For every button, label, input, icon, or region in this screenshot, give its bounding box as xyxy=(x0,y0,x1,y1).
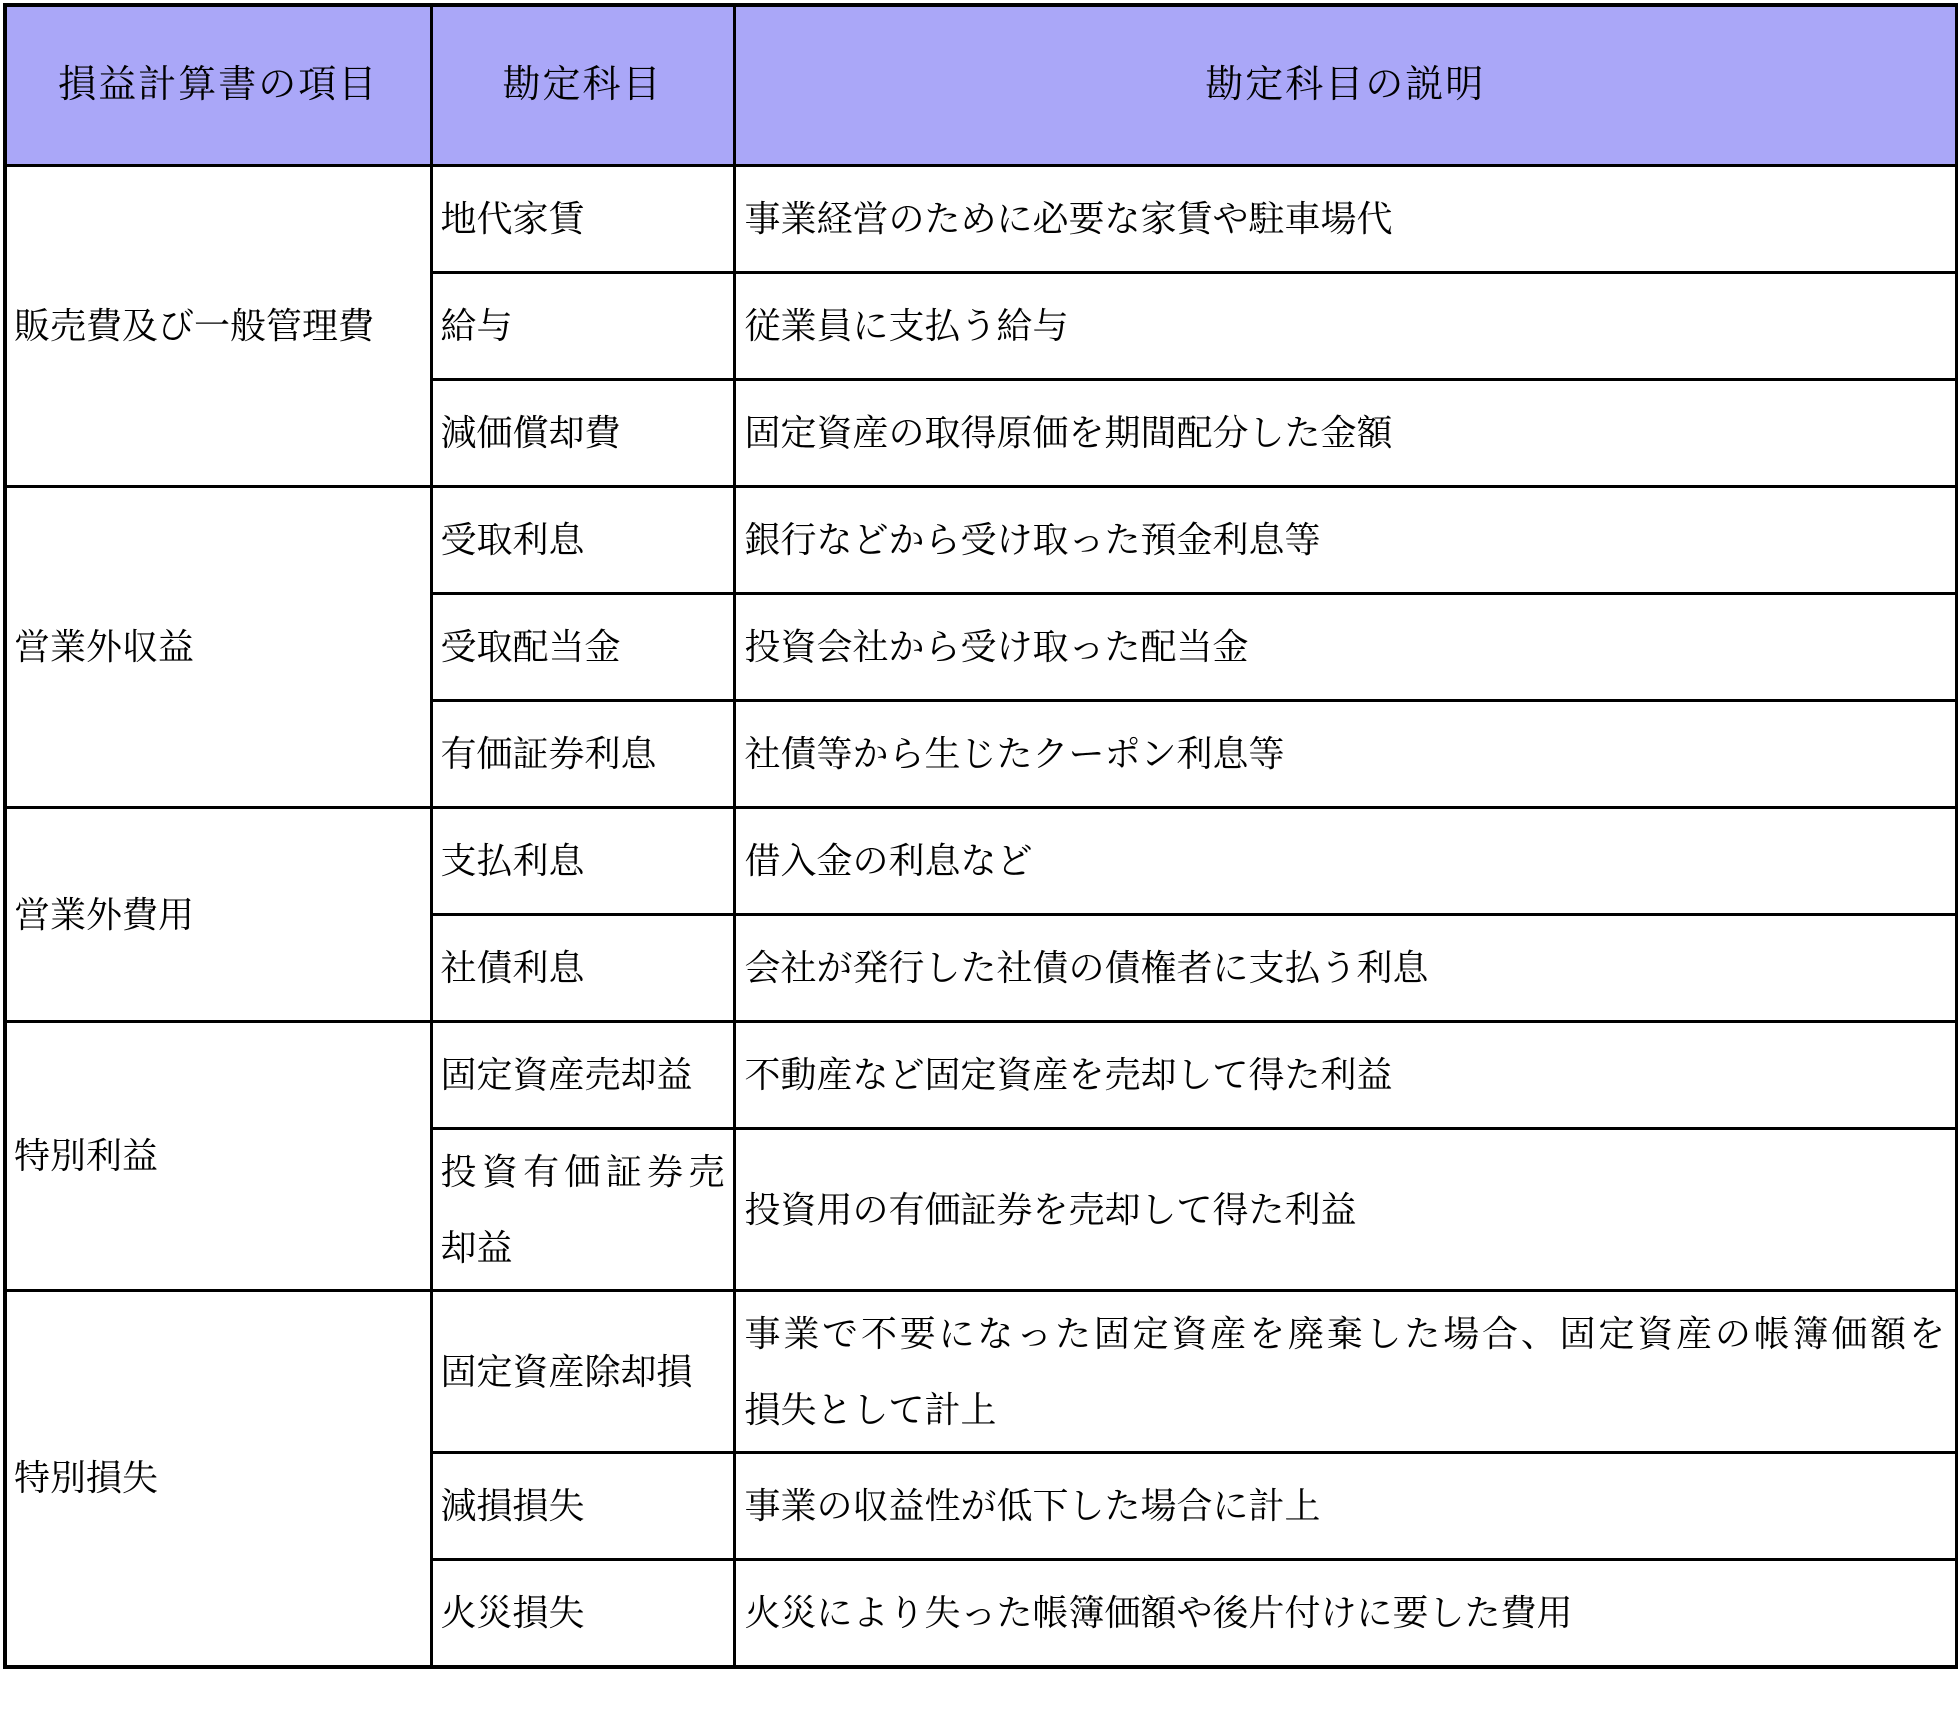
table-row: 営業外費用 支払利息 借入金の利息など xyxy=(5,808,1957,915)
description-cell: 会社が発行した社債の債権者に支払う利息 xyxy=(734,915,1957,1022)
description-cell: 不動産など固定資産を売却して得た利益 xyxy=(734,1022,1957,1129)
description-cell: 投資会社から受け取った配当金 xyxy=(734,594,1957,701)
category-cell: 販売費及び一般管理費 xyxy=(5,166,431,487)
account-cell: 受取配当金 xyxy=(431,594,734,701)
description-cell: 社債等から生じたクーポン利息等 xyxy=(734,701,1957,808)
description-cell: 事業経営のために必要な家賃や駐車場代 xyxy=(734,166,1957,273)
description-cell: 事業で不要になった固定資産を廃棄した場合、固定資産の帳簿価額を損失として計上 xyxy=(734,1291,1957,1453)
table-row: 特別損失 固定資産除却損 事業で不要になった固定資産を廃棄した場合、固定資産の帳… xyxy=(5,1291,1957,1453)
description-cell: 借入金の利息など xyxy=(734,808,1957,915)
description-cell: 固定資産の取得原価を期間配分した金額 xyxy=(734,380,1957,487)
account-cell: 投資有価証券売却益 xyxy=(431,1129,734,1291)
header-cell-description: 勘定科目の説明 xyxy=(734,5,1957,166)
description-cell: 事業の収益性が低下した場合に計上 xyxy=(734,1453,1957,1560)
account-cell: 有価証券利息 xyxy=(431,701,734,808)
account-cell: 社債利息 xyxy=(431,915,734,1022)
header-cell-account: 勘定科目 xyxy=(431,5,734,166)
description-cell: 銀行などから受け取った預金利息等 xyxy=(734,487,1957,594)
header-row: 損益計算書の項目 勘定科目 勘定科目の説明 xyxy=(5,5,1957,166)
table-row: 営業外収益 受取利息 銀行などから受け取った預金利息等 xyxy=(5,487,1957,594)
account-cell: 減価償却費 xyxy=(431,380,734,487)
account-cell: 火災損失 xyxy=(431,1560,734,1667)
page: 損益計算書の項目 勘定科目 勘定科目の説明 販売費及び一般管理費 地代家賃 事業… xyxy=(0,0,1958,1672)
account-cell: 固定資産売却益 xyxy=(431,1022,734,1129)
account-cell: 地代家賃 xyxy=(431,166,734,273)
category-cell: 営業外費用 xyxy=(5,808,431,1022)
description-cell: 投資用の有価証券を売却して得た利益 xyxy=(734,1129,1957,1291)
category-cell: 営業外収益 xyxy=(5,487,431,808)
account-cell: 支払利息 xyxy=(431,808,734,915)
account-cell: 固定資産除却損 xyxy=(431,1291,734,1453)
pl-account-table: 損益計算書の項目 勘定科目 勘定科目の説明 販売費及び一般管理費 地代家賃 事業… xyxy=(3,3,1958,1669)
category-cell: 特別損失 xyxy=(5,1291,431,1667)
account-cell: 減損損失 xyxy=(431,1453,734,1560)
table-row: 販売費及び一般管理費 地代家賃 事業経営のために必要な家賃や駐車場代 xyxy=(5,166,1957,273)
table-row: 特別利益 固定資産売却益 不動産など固定資産を売却して得た利益 xyxy=(5,1022,1957,1129)
category-cell: 特別利益 xyxy=(5,1022,431,1291)
description-cell: 従業員に支払う給与 xyxy=(734,273,1957,380)
description-cell: 火災により失った帳簿価額や後片付けに要した費用 xyxy=(734,1560,1957,1667)
header-cell-pl-item: 損益計算書の項目 xyxy=(5,5,431,166)
account-cell: 受取利息 xyxy=(431,487,734,594)
account-cell: 給与 xyxy=(431,273,734,380)
